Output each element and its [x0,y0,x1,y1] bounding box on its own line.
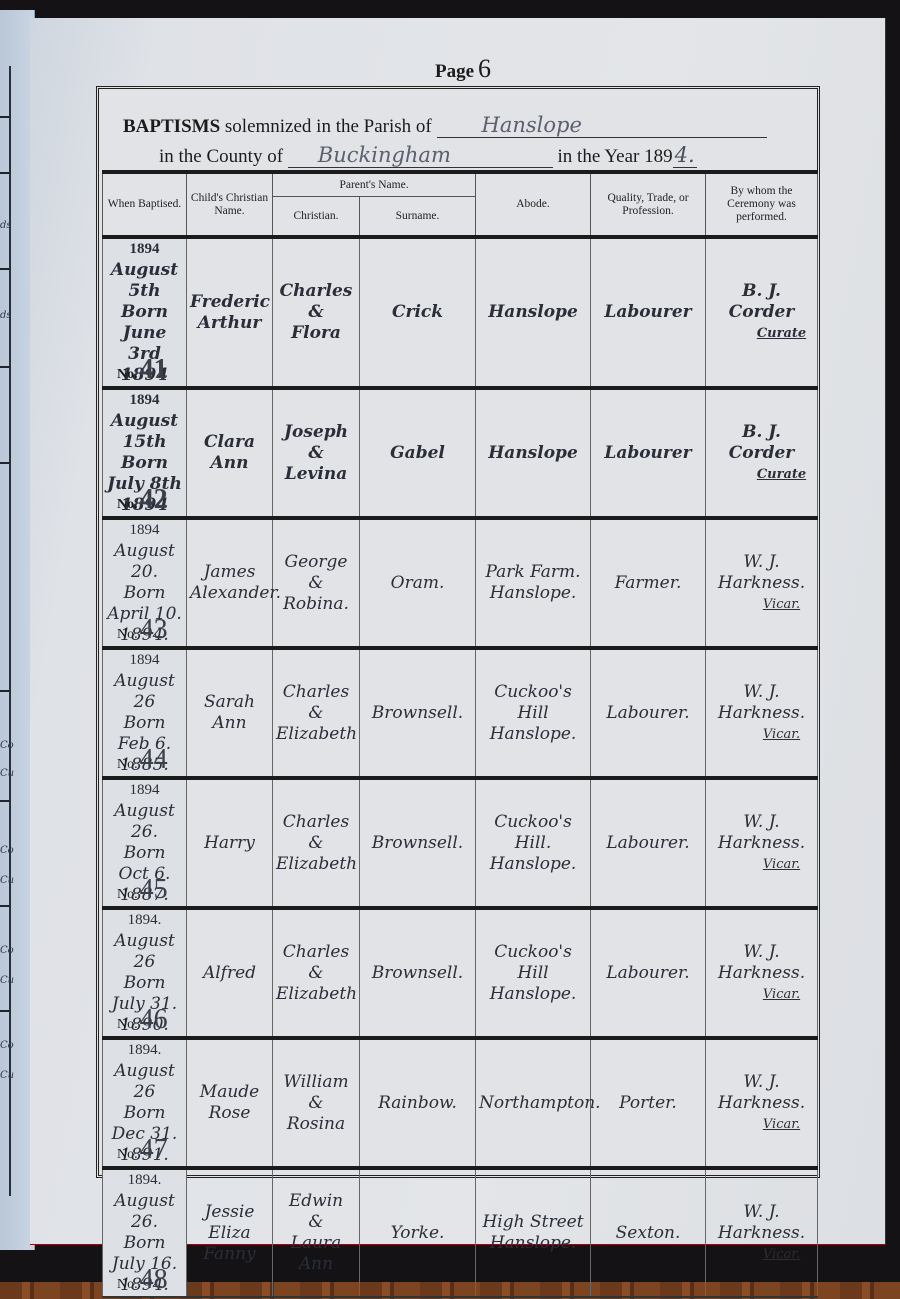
born-label: Born [106,453,183,474]
cell-child-name: Harry [187,778,273,908]
baptism-year: 1894 [106,650,183,671]
left-page-handwriting: Curate [0,768,14,779]
child-line: Clara [190,432,269,453]
child-line: Alexander. [190,583,269,604]
cell-abode: Cuckoo's Hill.Hanslope. [476,778,591,908]
cell-when-baptised: 1894 August 5th Born June 3rd 1894 No.41 [103,237,187,388]
county-name: Buckingham [288,143,553,168]
parents-line: Levina [276,464,356,485]
cell-minister: B. J. Corder Curate [706,388,818,518]
minister-office: Vicar. [749,1244,814,1265]
column-header-parents-surname: Surname. [360,197,476,238]
child-line: Maude [190,1082,269,1103]
table-row: 1894. August 26. Born July 16. 1894. No.… [103,1168,818,1297]
parents-line: Rosina [276,1114,356,1135]
entry-number-label: No. [117,1017,138,1032]
entry-number-value: 46 [140,1004,168,1035]
entry-number-label: No. [117,757,138,772]
profession: Labourer. [594,703,702,724]
parents-line: Robina. [276,594,356,615]
cell-child-name: FredericArthur [187,237,273,388]
child-line: Sarah [190,692,269,713]
entry-number-label: No. [117,887,138,902]
profession: Labourer [594,443,702,464]
born-label: Born [106,843,183,864]
child-line: Ann [190,453,269,474]
page-label: Page [435,61,474,82]
left-page-rule [0,905,10,907]
title-solemnized: solemnized in the Parish of [225,116,432,137]
cell-parents-christian: Charles&Flora [273,237,360,388]
parents-line: & [276,302,356,323]
baptism-date: August 15th [106,411,183,453]
child-line: Fanny [190,1244,269,1265]
baptism-year: 1894. [106,1040,183,1061]
cell-when-baptised: 1894 August 26 Born Feb 6. 1885. No.44 [103,648,187,778]
entry-number-value: 44 [140,744,168,775]
surname: Oram. [363,573,472,594]
parents-line: Ann [276,1254,356,1275]
baptism-table: When Baptised. Child's Christian Name. P… [102,170,818,1298]
entry-number: No.41 [117,359,168,385]
cell-quality: Sexton. [591,1168,706,1297]
page-number-value: 6 [478,54,491,83]
child-line: Ann [190,713,269,734]
cell-minister: W. J. Harkness. Vicar. [706,518,818,648]
minister-name: B. J. Corder [709,281,814,323]
column-header-child-name: Child's Christian Name. [187,172,273,237]
left-page-handwriting: Corder [0,1040,14,1051]
cell-parents-surname: Gabel [360,388,476,518]
cell-abode: Hanslope [476,237,591,388]
entry-number: No.47 [117,1139,168,1165]
abode-line: Cuckoo's Hill [479,942,587,984]
cell-quality: Labourer [591,237,706,388]
baptism-date: August 5th [106,260,183,302]
left-page-handwriting: Curate [0,975,14,986]
column-header-minister: By whom the Ceremony was performed. [706,172,818,237]
table-row: 1894 August 5th Born June 3rd 1894 No.41… [103,237,818,388]
parents-line: Elizabeth [276,984,356,1005]
cell-parents-christian: William&Rosina [273,1038,360,1168]
parish-name: Hanslope [437,113,767,138]
baptism-date: August 26 [106,1061,183,1103]
parents-line: George [276,552,356,573]
table-row: 1894. August 26 Born Dec 31. 1891. No.47… [103,1038,818,1168]
child-line: Harry [190,833,269,854]
entry-number: No.43 [117,619,168,645]
baptism-register: BAPTISMS solemnized in the Parish of Han… [96,86,820,1178]
born-label: Born [106,713,183,734]
left-page-rule [0,268,10,270]
abode-line: Hanslope. [479,724,587,745]
baptism-date: August 26 [106,671,183,713]
surname: Brownsell. [363,703,472,724]
table-row: 1894. August 26 Born July 31. 1890. No.4… [103,908,818,1038]
county-label: in the County of [159,146,283,167]
cell-parents-christian: Charles&Elizabeth [273,778,360,908]
left-page-handwriting: Corder [0,845,14,856]
cell-quality: Farmer. [591,518,706,648]
cell-abode: High StreetHanslope. [476,1168,591,1297]
entry-number-label: No. [117,627,138,642]
title-baptisms: BAPTISMS [123,116,220,137]
profession: Porter. [594,1093,702,1114]
entry-number-value: 48 [140,1264,168,1295]
baptism-date: August 26. [106,1191,183,1233]
cell-parents-surname: Rainbow. [360,1038,476,1168]
cell-parents-surname: Brownsell. [360,778,476,908]
cell-when-baptised: 1894 August 26. Born Oct 6. 1887. No.45 [103,778,187,908]
parents-line: & [276,963,356,984]
baptism-year: 1894 [106,780,183,801]
surname: Brownsell. [363,833,472,854]
left-page-rule [0,800,10,802]
baptism-date: August 20. [106,541,183,583]
parents-line: & [276,1093,356,1114]
abode-line: Hanslope. [479,854,587,875]
cell-child-name: Alfred [187,908,273,1038]
left-page-rule [0,1010,10,1012]
cell-parents-christian: Edwin&LauraAnn [273,1168,360,1297]
entry-number-value: 47 [140,1134,168,1165]
year-digit: 4. [673,143,697,168]
abode-line: Hanslope. [479,984,587,1005]
cell-parents-christian: George&Robina. [273,518,360,648]
child-line: Eliza [190,1223,269,1244]
parents-line: & [276,703,356,724]
left-page-handwriting: Corder [0,945,14,956]
baptism-year: 1894 [106,239,183,260]
entry-number-value: 41 [140,354,168,385]
cell-parents-surname: Yorke. [360,1168,476,1297]
cell-when-baptised: 1894. August 26 Born July 31. 1890. No.4… [103,908,187,1038]
child-line: Jessie [190,1202,269,1223]
born-label: Born [106,583,183,604]
surname: Brownsell. [363,963,472,984]
baptism-date: August 26 [106,931,183,973]
parents-line: & [276,443,356,464]
born-label: Born [106,1233,183,1254]
cell-quality: Labourer. [591,908,706,1038]
parents-line: Charles [276,682,356,703]
cell-child-name: MaudeRose [187,1038,273,1168]
left-page-handwriting: ds [0,220,14,231]
profession: Labourer. [594,833,702,854]
column-header-parents-name: Parent's Name. [273,172,476,197]
page-number: Page6 [435,54,491,84]
surname: Crick [363,302,472,323]
abode-line: Cuckoo's Hill [479,682,587,724]
child-line: Arthur [190,313,269,334]
entry-number: No.44 [117,749,168,775]
cell-when-baptised: 1894. August 26 Born Dec 31. 1891. No.47 [103,1038,187,1168]
parents-line: Edwin [276,1191,356,1212]
left-page-rule [0,462,10,464]
minister-name: W. J. Harkness. [709,812,814,854]
entry-number-value: 42 [140,484,168,515]
cell-quality: Labourer. [591,648,706,778]
cell-parents-christian: Charles&Elizabeth [273,908,360,1038]
entry-number-label: No. [117,367,138,382]
profession: Sexton. [594,1223,702,1244]
minister-name: W. J. Harkness. [709,1202,814,1244]
cell-child-name: JamesAlexander. [187,518,273,648]
child-line: Rose [190,1103,269,1124]
minister-name: W. J. Harkness. [709,682,814,724]
title-line-county: in the County of Buckingham in the Year … [159,143,697,168]
left-page-rule [0,172,10,174]
cell-parents-surname: Crick [360,237,476,388]
cell-minister: W. J. Harkness. Vicar. [706,648,818,778]
table-row: 1894 August 15th Born July 8th 1894 No.4… [103,388,818,518]
minister-name: W. J. Harkness. [709,942,814,984]
parents-line: Charles [276,281,356,302]
surname: Rainbow. [363,1093,472,1114]
minister-office: Vicar. [749,854,814,875]
parents-line: Elizabeth [276,724,356,745]
entry-number-value: 43 [140,614,168,645]
cell-abode: Cuckoo's HillHanslope. [476,648,591,778]
minister-name: W. J. Harkness. [709,1072,814,1114]
column-header-parents-christian: Christian. [273,197,360,238]
cell-quality: Labourer [591,388,706,518]
column-header-quality: Quality, Trade, or Profession. [591,172,706,237]
left-page-handwriting: Curate [0,1070,14,1081]
cell-parents-surname: Oram. [360,518,476,648]
parents-line: Laura [276,1233,356,1254]
cell-parents-christian: Joseph&Levina [273,388,360,518]
parents-line: & [276,833,356,854]
cell-minister: W. J. Harkness. Vicar. [706,1038,818,1168]
cell-minister: W. J. Harkness. Vicar. [706,1168,818,1297]
baptism-date: August 26. [106,801,183,843]
cell-quality: Porter. [591,1038,706,1168]
parents-line: Charles [276,812,356,833]
cell-abode: Hanslope [476,388,591,518]
cell-parents-surname: Brownsell. [360,908,476,1038]
minister-office: Vicar. [749,594,814,615]
cell-abode: Cuckoo's HillHanslope. [476,908,591,1038]
child-line: Alfred [190,963,269,984]
register-title: BAPTISMS solemnized in the Parish of Han… [99,89,817,171]
minister-office: Vicar. [749,984,814,1005]
baptism-year: 1894 [106,520,183,541]
cell-minister: W. J. Harkness. Vicar. [706,908,818,1038]
entry-number: No.45 [117,879,168,905]
cell-minister: B. J. Corder Curate [706,237,818,388]
left-page-rule [0,116,10,118]
column-header-when-baptised: When Baptised. [103,172,187,237]
cell-abode: Northampton. [476,1038,591,1168]
left-page-handwriting: ds [0,310,14,321]
profession: Labourer [594,302,702,323]
minister-office: Curate [749,323,814,344]
cell-parents-christian: Charles&Elizabeth [273,648,360,778]
minister-name: B. J. Corder [709,422,814,464]
cell-when-baptised: 1894 August 20. Born April 10. 1894. No.… [103,518,187,648]
entry-number-value: 45 [140,874,168,905]
left-page-rule [0,366,10,368]
surname: Yorke. [363,1223,472,1244]
parents-line: & [276,1212,356,1233]
cell-minister: W. J. Harkness. Vicar. [706,778,818,908]
abode-line: High Street [479,1212,587,1233]
abode-line: Park Farm. [479,562,587,583]
entry-number-label: No. [117,497,138,512]
abode-line: Hanslope. [479,1233,587,1254]
column-header-abode: Abode. [476,172,591,237]
title-line-parish: BAPTISMS solemnized in the Parish of Han… [123,113,767,138]
baptism-year: 1894. [106,1170,183,1191]
table-row: 1894 August 26. Born Oct 6. 1887. No.45 … [103,778,818,908]
surname: Gabel [363,443,472,464]
entry-number-label: No. [117,1277,138,1292]
entry-number: No.48 [117,1269,168,1295]
abode-line: Hanslope. [479,583,587,604]
entry-number: No.46 [117,1009,168,1035]
cell-when-baptised: 1894 August 15th Born July 8th 1894 No.4… [103,388,187,518]
parents-line: & [276,573,356,594]
entry-number: No.42 [117,489,168,515]
minister-office: Curate [749,464,814,485]
born-label: Born [106,302,183,323]
born-label: Born [106,973,183,994]
profession: Labourer. [594,963,702,984]
parents-line: Flora [276,323,356,344]
abode-line: Cuckoo's Hill. [479,812,587,854]
minister-name: W. J. Harkness. [709,552,814,594]
cell-abode: Park Farm.Hanslope. [476,518,591,648]
table-row: 1894 August 26 Born Feb 6. 1885. No.44 S… [103,648,818,778]
abode-line: Northampton. [479,1093,587,1114]
parents-line: Elizabeth [276,854,356,875]
cell-child-name: JessieElizaFanny [187,1168,273,1297]
cell-parents-surname: Brownsell. [360,648,476,778]
born-label: Born [106,1103,183,1124]
abode-line: Hanslope [479,443,587,464]
left-page-rule [0,690,10,692]
child-line: Frederic [190,292,269,313]
cell-child-name: ClaraAnn [187,388,273,518]
left-page-handwriting: Corder [0,740,14,751]
child-line: James [190,562,269,583]
cell-quality: Labourer. [591,778,706,908]
profession: Farmer. [594,573,702,594]
minister-office: Vicar. [749,724,814,745]
minister-office: Vicar. [749,1114,814,1135]
baptism-year: 1894 [106,390,183,411]
parents-line: Charles [276,942,356,963]
parents-line: Joseph [276,422,356,443]
abode-line: Hanslope [479,302,587,323]
year-label: in the Year 189 [558,146,673,167]
baptism-year: 1894. [106,910,183,931]
entry-number-label: No. [117,1147,138,1162]
table-row: 1894 August 20. Born April 10. 1894. No.… [103,518,818,648]
left-page-border [9,66,11,1196]
cell-child-name: SarahAnn [187,648,273,778]
parents-line: William [276,1072,356,1093]
left-page-handwriting: Curate [0,875,14,886]
cell-when-baptised: 1894. August 26. Born July 16. 1894. No.… [103,1168,187,1297]
